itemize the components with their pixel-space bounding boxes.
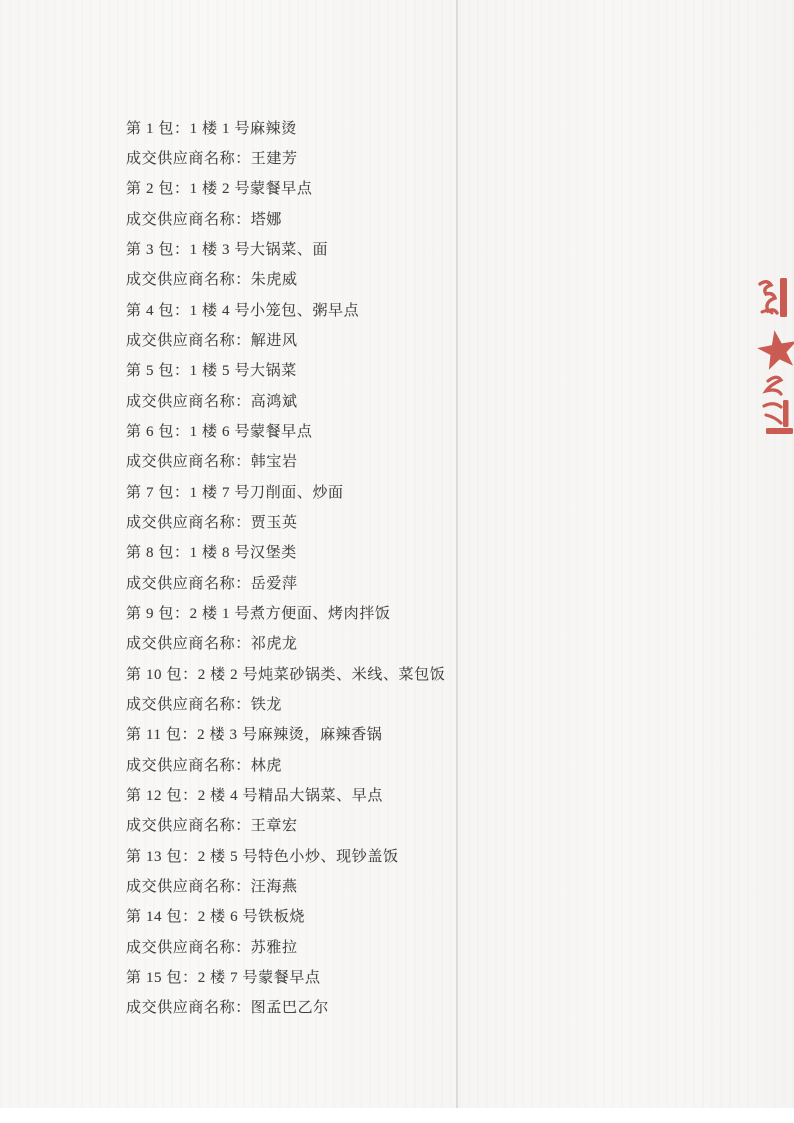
entry-8: 第 8 包：1 楼 8 号汉堡类 成交供应商名称：岳爱萍 [126,537,445,598]
package-line: 第 11 包：2 楼 3 号麻辣烫，麻辣香锅 [126,719,445,749]
entry-12: 第 12 包：2 楼 4 号精品大锅菜、早点 成交供应商名称：王章宏 [126,779,445,840]
supplier-line: 成交供应商名称：岳爱萍 [126,567,445,597]
entry-6: 第 6 包：1 楼 6 号蒙餐早点 成交供应商名称：韩宝岩 [126,415,445,476]
supplier-line: 成交供应商名称：王建芳 [126,142,445,172]
award-list: 第 1 包：1 楼 1 号麻辣烫 成交供应商名称：王建芳 第 2 包：1 楼 2… [126,112,445,1022]
package-line: 第 8 包：1 楼 8 号汉堡类 [126,537,445,567]
entry-14: 第 14 包：2 楼 6 号铁板烧 成交供应商名称：苏雅拉 [126,901,445,962]
package-line: 第 1 包：1 楼 1 号麻辣烫 [126,112,445,142]
supplier-line: 成交供应商名称：朱虎威 [126,264,445,294]
package-line: 第 7 包：1 楼 7 号刀削面、炒面 [126,476,445,506]
supplier-line: 成交供应商名称：林虎 [126,749,445,779]
supplier-line: 成交供应商名称：贾玉英 [126,506,445,536]
package-line: 第 2 包：1 楼 2 号蒙餐早点 [126,173,445,203]
supplier-line: 成交供应商名称：高鸿斌 [126,385,445,415]
scanner-edge [0,1108,794,1123]
entry-5: 第 5 包：1 楼 5 号大锅菜 成交供应商名称：高鸿斌 [126,355,445,416]
supplier-line: 成交供应商名称：塔娜 [126,203,445,233]
supplier-line: 成交供应商名称：图孟巴乙尔 [126,992,445,1022]
supplier-line: 成交供应商名称：铁龙 [126,688,445,718]
entry-13: 第 13 包：2 楼 5 号特色小炒、现钞盖饭 成交供应商名称：汪海燕 [126,840,445,901]
supplier-line: 成交供应商名称：王章宏 [126,810,445,840]
supplier-line: 成交供应商名称：苏雅拉 [126,931,445,961]
scanned-page: 第 1 包：1 楼 1 号麻辣烫 成交供应商名称：王建芳 第 2 包：1 楼 2… [0,0,794,1123]
package-line: 第 9 包：2 楼 1 号煮方便面、烤肉拌饭 [126,597,445,627]
entry-10: 第 10 包：2 楼 2 号炖菜砂锅类、米线、菜包饭 成交供应商名称：铁龙 [126,658,445,719]
package-line: 第 4 包：1 楼 4 号小笼包、粥早点 [126,294,445,324]
scan-fold-line [456,0,458,1108]
entry-4: 第 4 包：1 楼 4 号小笼包、粥早点 成交供应商名称：解进风 [126,294,445,355]
package-line: 第 3 包：1 楼 3 号大锅菜、面 [126,233,445,263]
entry-7: 第 7 包：1 楼 7 号刀削面、炒面 成交供应商名称：贾玉英 [126,476,445,537]
package-line: 第 5 包：1 楼 5 号大锅菜 [126,355,445,385]
package-line: 第 15 包：2 楼 7 号蒙餐早点 [126,961,445,991]
entry-15: 第 15 包：2 楼 7 号蒙餐早点 成交供应商名称：图孟巴乙尔 [126,961,445,1022]
supplier-line: 成交供应商名称：解进风 [126,324,445,354]
entry-9: 第 9 包：2 楼 1 号煮方便面、烤肉拌饭 成交供应商名称：祁虎龙 [126,597,445,658]
package-line: 第 12 包：2 楼 4 号精品大锅菜、早点 [126,779,445,809]
entry-3: 第 3 包：1 楼 3 号大锅菜、面 成交供应商名称：朱虎威 [126,233,445,294]
entry-1: 第 1 包：1 楼 1 号麻辣烫 成交供应商名称：王建芳 [126,112,445,173]
package-line: 第 13 包：2 楼 5 号特色小炒、现钞盖饭 [126,840,445,870]
package-line: 第 14 包：2 楼 6 号铁板烧 [126,901,445,931]
supplier-line: 成交供应商名称：祁虎龙 [126,628,445,658]
package-line: 第 10 包：2 楼 2 号炖菜砂锅类、米线、菜包饭 [126,658,445,688]
supplier-line: 成交供应商名称：汪海燕 [126,870,445,900]
entry-11: 第 11 包：2 楼 3 号麻辣烫，麻辣香锅 成交供应商名称：林虎 [126,719,445,780]
official-seal-stamp-icon [754,278,794,438]
supplier-line: 成交供应商名称：韩宝岩 [126,446,445,476]
entry-2: 第 2 包：1 楼 2 号蒙餐早点 成交供应商名称：塔娜 [126,173,445,234]
package-line: 第 6 包：1 楼 6 号蒙餐早点 [126,415,445,445]
